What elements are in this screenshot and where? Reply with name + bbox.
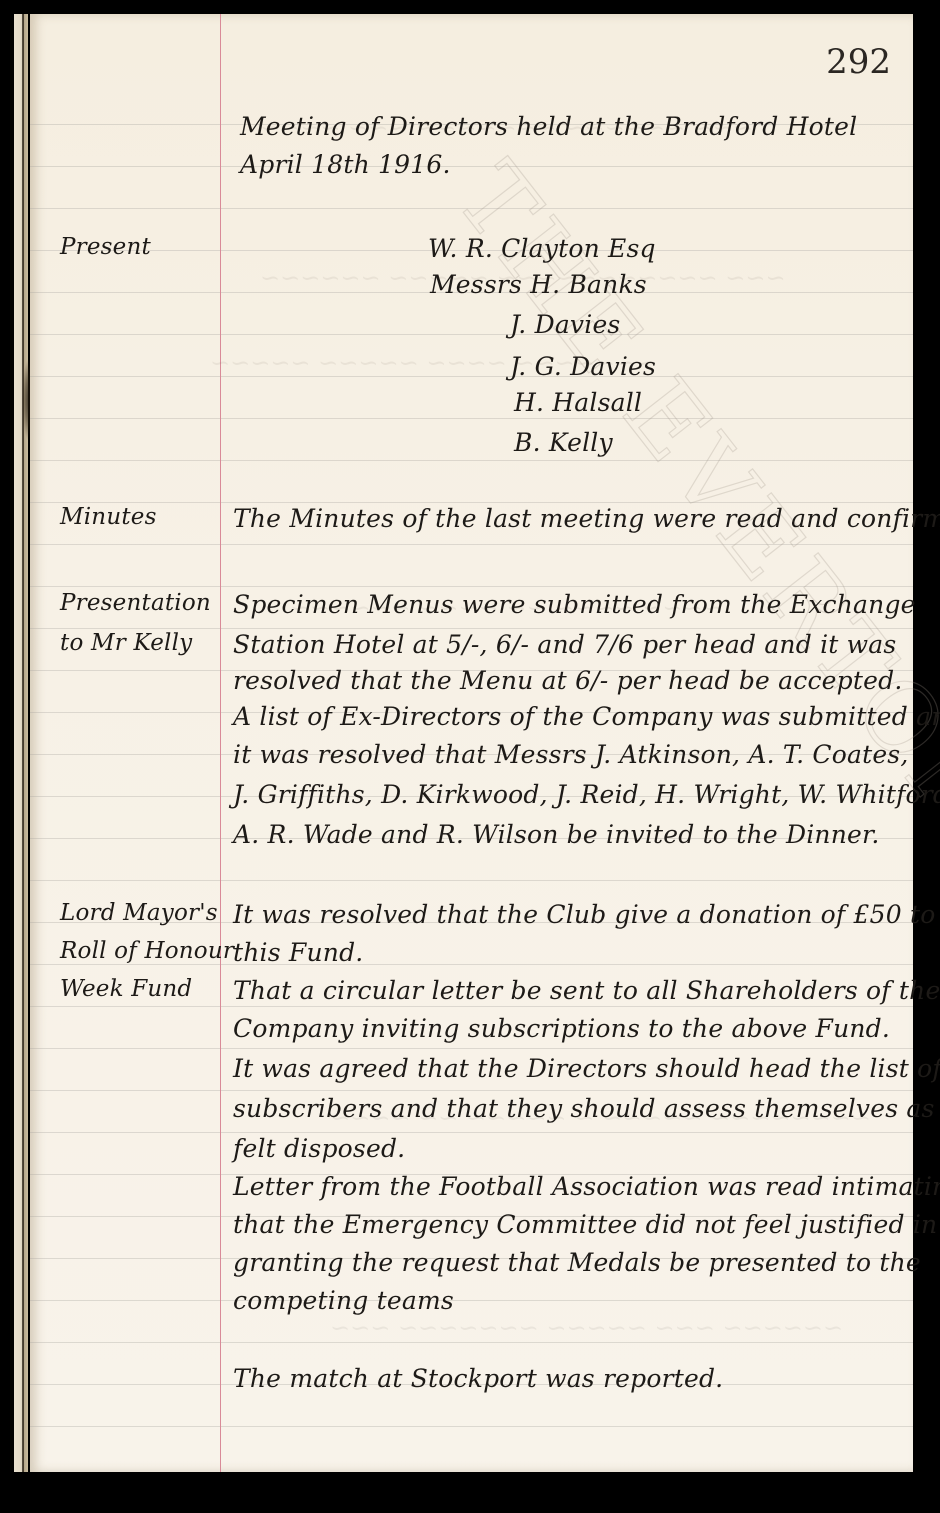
label-minutes: Minutes bbox=[60, 504, 157, 530]
attendee: J. G. Davies bbox=[510, 352, 656, 381]
label-roll-of-honour: Roll of Honour bbox=[60, 938, 234, 964]
attendee: Messrs H. Banks bbox=[430, 270, 647, 299]
minutes-text: The Minutes of the last meeting were rea… bbox=[233, 504, 940, 533]
roll-of-honour-line: subscribers and that they should assess … bbox=[233, 1094, 940, 1123]
show-through-text: ~~~~~~ ~~~ ~~~~~ ~~~~~~~ ~~~ bbox=[330, 1314, 843, 1342]
page-stack-edge bbox=[14, 14, 28, 1472]
roll-of-honour-line: It was agreed that the Directors should … bbox=[233, 1054, 940, 1083]
ruled-line bbox=[30, 418, 913, 419]
label-roll-of-honour: Lord Mayor's bbox=[60, 900, 218, 926]
roll-of-honour-line: That a circular letter be sent to all Sh… bbox=[233, 976, 940, 1005]
ledger-page: ~~~ ~~~~~~ ~~~~~~~ ~~~ ~~~~ ~~~ ~~~~~~~~… bbox=[30, 14, 913, 1472]
margin-rule bbox=[220, 14, 221, 1472]
attendee: H. Halsall bbox=[514, 388, 642, 417]
presentation-line: A list of Ex-Directors of the Company wa… bbox=[233, 702, 940, 731]
ruled-line bbox=[30, 334, 913, 335]
ruled-line bbox=[30, 208, 913, 209]
ruled-line bbox=[30, 1300, 913, 1301]
attendee: W. R. Clayton Esq bbox=[428, 234, 656, 263]
meeting-date: April 18th 1916. bbox=[240, 150, 451, 179]
attendee: B. Kelly bbox=[514, 428, 613, 457]
ruled-line bbox=[30, 1426, 913, 1427]
roll-of-honour-line: that the Emergency Committee did not fee… bbox=[233, 1210, 937, 1239]
roll-of-honour-line: this Fund. bbox=[233, 938, 363, 967]
ruled-line bbox=[30, 880, 913, 881]
roll-of-honour-line: competing teams bbox=[233, 1286, 454, 1315]
scan-frame: ~~~ ~~~~~~ ~~~~~~~ ~~~ ~~~~ ~~~ ~~~~~~~~… bbox=[0, 0, 940, 1513]
ruled-line bbox=[30, 166, 913, 167]
ruled-line bbox=[30, 964, 913, 965]
label-presentation: Presentation bbox=[60, 590, 211, 616]
ruled-line bbox=[30, 544, 913, 545]
ruled-line bbox=[30, 502, 913, 503]
roll-of-honour-line: Letter from the Football Association was… bbox=[233, 1172, 940, 1201]
roll-of-honour-line: felt disposed. bbox=[233, 1134, 405, 1163]
label-presentation: to Mr Kelly bbox=[60, 630, 192, 656]
presentation-line: A. R. Wade and R. Wilson be invited to t… bbox=[233, 820, 880, 849]
roll-of-honour-line: granting the request that Medals be pres… bbox=[233, 1248, 921, 1277]
roll-of-honour-line: Company inviting subscriptions to the ab… bbox=[233, 1014, 890, 1043]
presentation-line: it was resolved that Messrs J. Atkinson,… bbox=[233, 740, 909, 769]
ruled-line bbox=[30, 628, 913, 629]
roll-of-honour-line: It was resolved that the Club give a don… bbox=[233, 900, 935, 929]
presentation-line: resolved that the Menu at 6/- per head b… bbox=[233, 666, 902, 695]
ruled-line bbox=[30, 460, 913, 461]
ruled-line bbox=[30, 586, 913, 587]
meeting-heading: Meeting of Directors held at the Bradfor… bbox=[240, 112, 857, 141]
roll-of-honour-line: The match at Stockport was reported. bbox=[233, 1364, 723, 1393]
ruled-line bbox=[30, 1090, 913, 1091]
attendee: J. Davies bbox=[510, 310, 620, 339]
presentation-line: J. Griffiths, D. Kirkwood, J. Reid, H. W… bbox=[233, 780, 940, 809]
label-present: Present bbox=[60, 234, 151, 260]
page-number: 292 bbox=[826, 42, 891, 82]
label-roll-of-honour: Week Fund bbox=[60, 976, 192, 1002]
ruled-line bbox=[30, 1006, 913, 1007]
presentation-line: Specimen Menus were submitted from the E… bbox=[233, 590, 916, 619]
presentation-line: Station Hotel at 5/-, 6/- and 7/6 per he… bbox=[233, 630, 896, 659]
ruled-line bbox=[30, 1342, 913, 1343]
ruled-line bbox=[30, 1132, 913, 1133]
ruled-line bbox=[30, 1048, 913, 1049]
